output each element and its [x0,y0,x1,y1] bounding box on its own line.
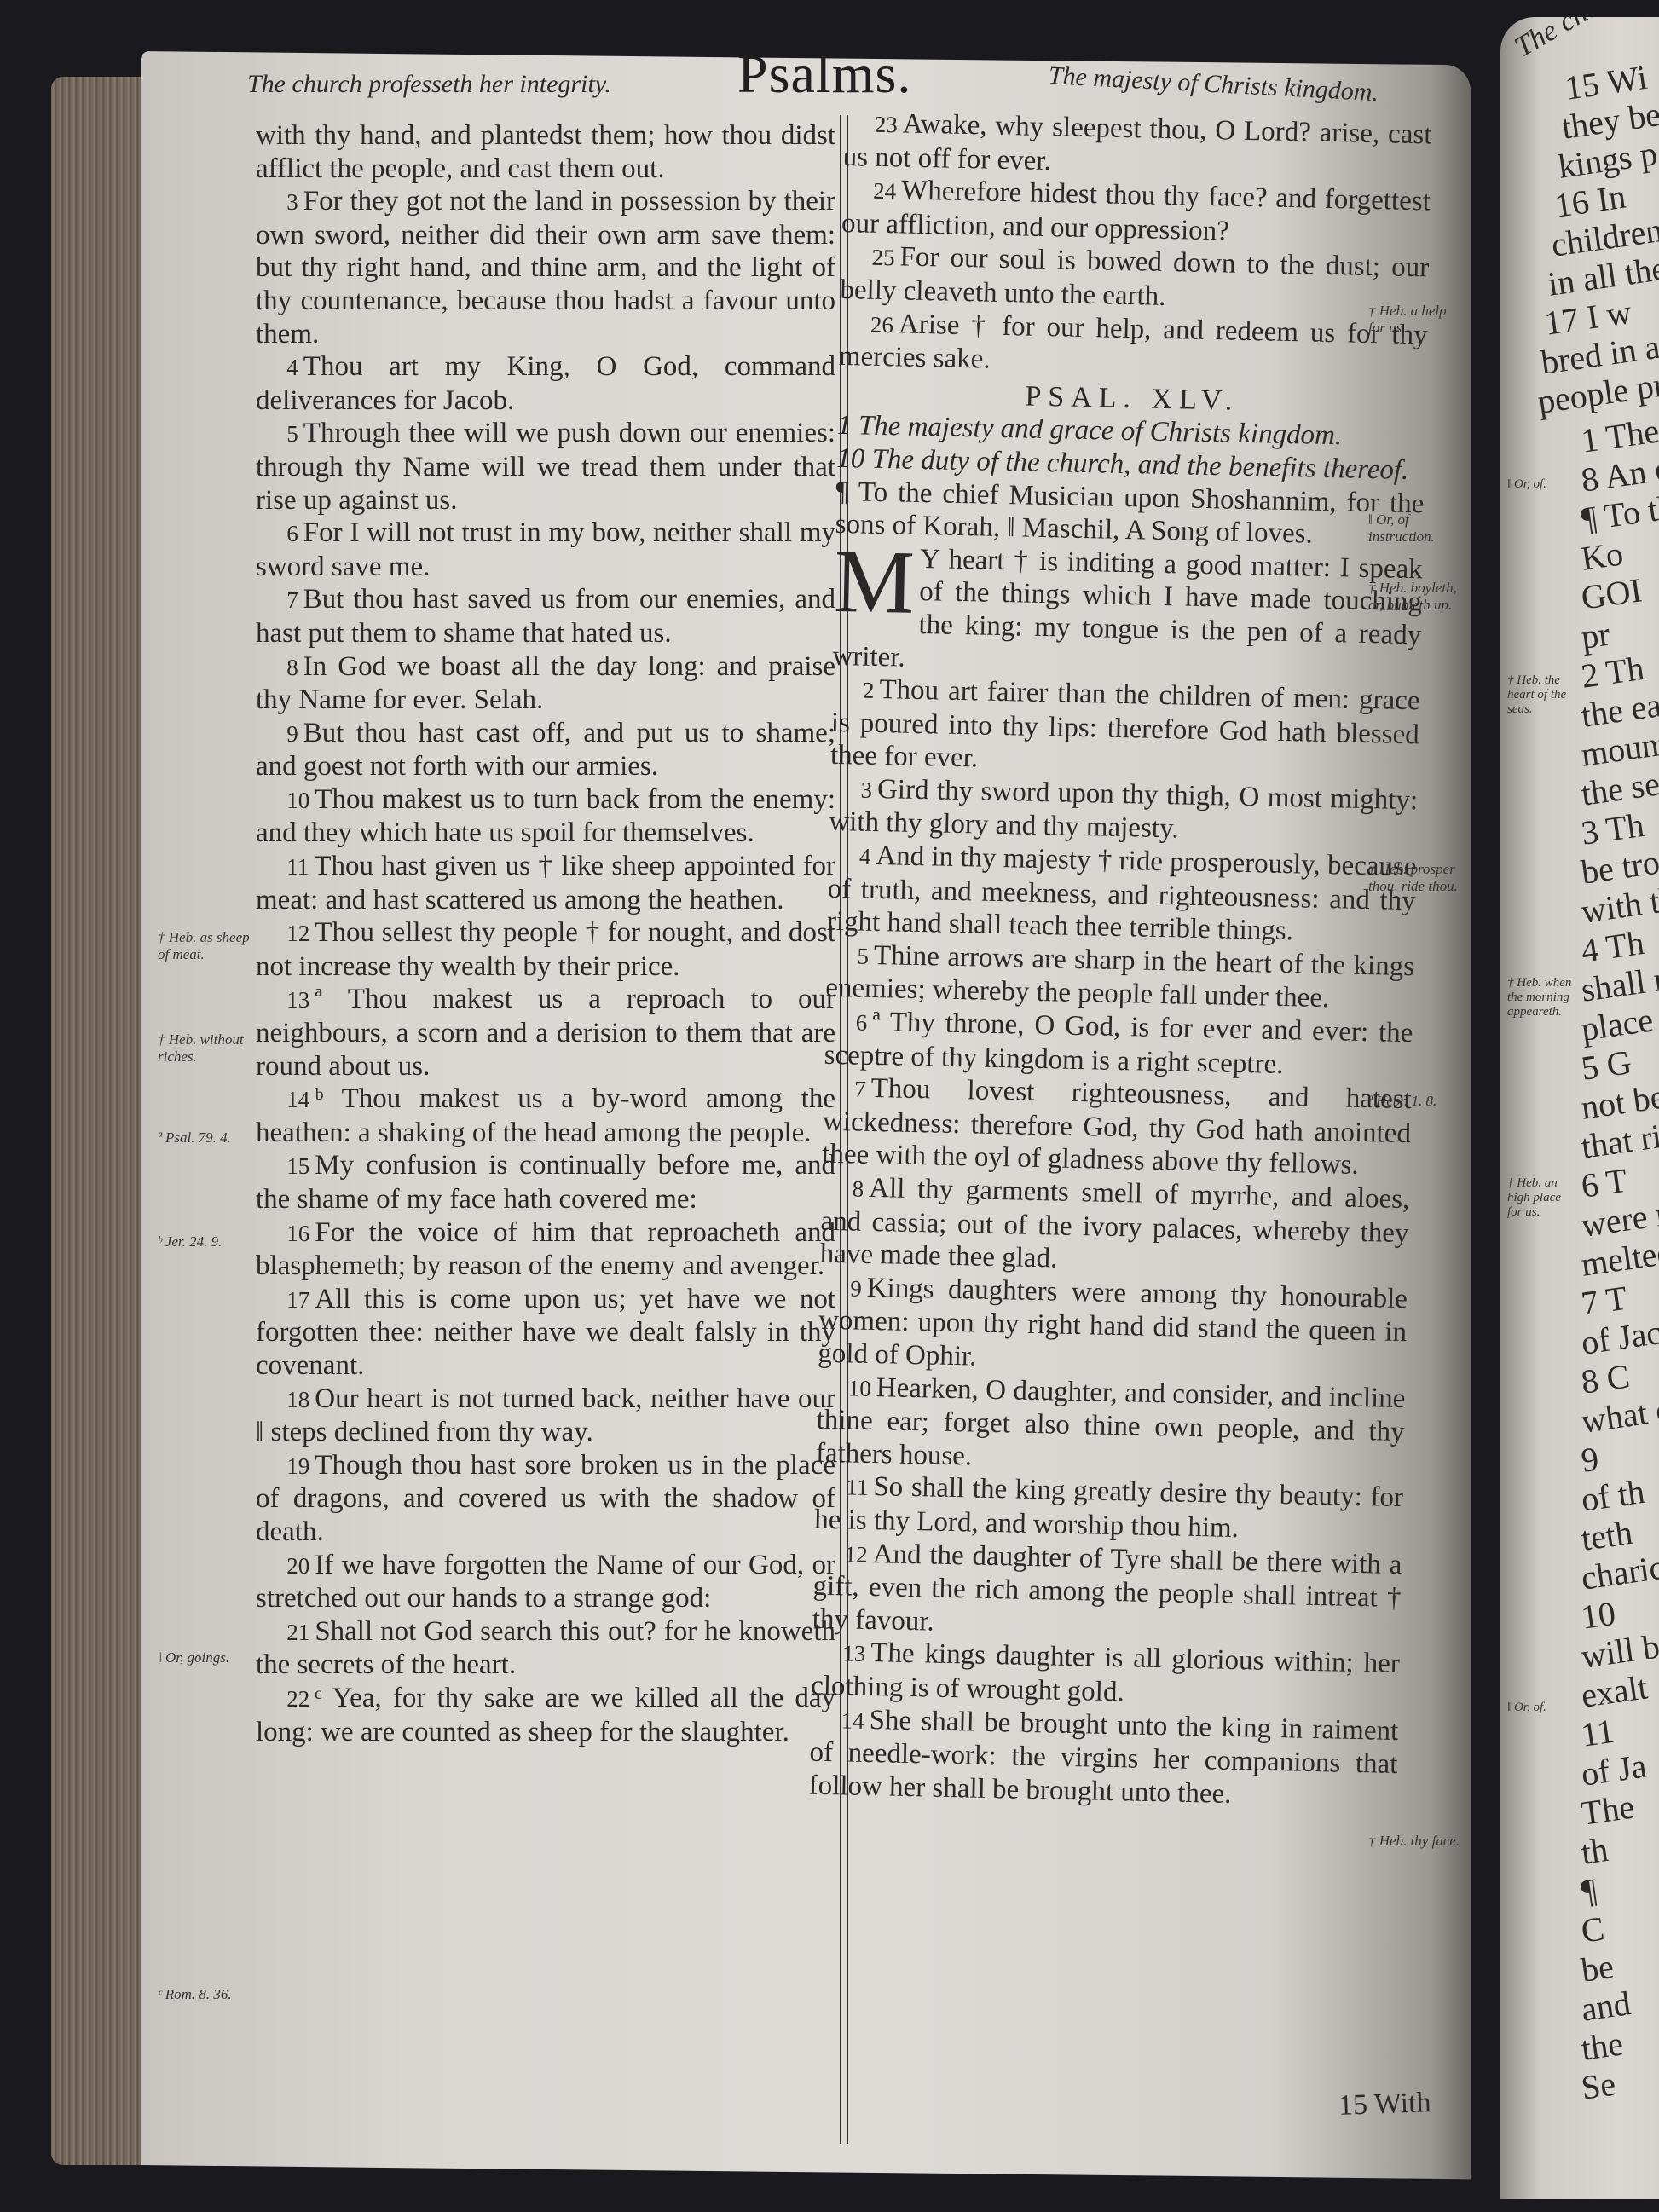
margin-note: ª Psal. 79. 4. [158,1129,251,1146]
verse-text: Thou lovest righteousness, and hatest wi… [822,1073,1412,1181]
margin-note: ª Hebr. 1. 8. [1368,1093,1462,1110]
facing-page-line: of Ja [1579,1746,1649,1794]
verse-text: And the daughter of Tyre shall be there … [812,1539,1402,1637]
verse: 18Our heart is not turned back, neither … [256,1383,835,1449]
verse-text: Thine arrows are sharp in the heart of t… [825,940,1414,1014]
psalm-45-verses: 2Thou art fairer than the children of me… [808,673,1420,1814]
facing-margin-note: ‖ Or, of. [1507,477,1575,492]
verse: 9Kings daughters were among thy honourab… [818,1270,1408,1382]
facing-page-line: Se [1579,2064,1618,2108]
verse-number: 4 [286,355,298,380]
verse: 9But thou hast cast off, and put us to s… [256,717,835,783]
facing-margin-note: † Heb. the heart of the seas. [1507,673,1575,717]
verse-number: 11 [846,1475,869,1501]
verse-text: Though thou hast sore broken us in the p… [256,1450,835,1547]
verse-text: Through thee will we push down our enemi… [256,418,835,515]
verse-number: 15 [286,1153,309,1179]
verse: 11So shall the king greatly desire thy b… [814,1470,1403,1549]
verse-text: ª Thy throne, O God, is for ever and eve… [824,1007,1413,1080]
margin-note: † Heb. boyleth, or, bubleth up. [1368,580,1462,614]
verse: 6For I will not trust in my bow, neither… [256,517,835,583]
verse-text: Thou art my King, O God, command deliver… [256,351,835,416]
left-verses: 3For they got not the land in possession… [256,185,835,1748]
verse-number: 8 [286,655,298,680]
verse: 21Shall not God search this out? for he … [256,1615,835,1682]
facing-page-line: pr [1579,614,1613,657]
verse-number: 12 [844,1541,868,1568]
verse-number: 22 [286,1686,309,1712]
verse: 5Through thee will we push down our enem… [256,417,835,517]
verse-number: 2 [863,678,875,703]
verse-number: 14 [286,1087,309,1112]
verse-number: 11 [286,854,309,880]
verse-text: ª Thou makest us a reproach to our neigh… [256,984,835,1081]
verse-number: 17 [286,1287,309,1313]
verse-text: Kings daughters were among thy honourabl… [818,1273,1408,1372]
verse: 20If we have forgotten the Name of our G… [256,1549,835,1615]
facing-page-line: be [1579,1946,1616,1990]
verse: 2Thou art fairer than the children of me… [830,673,1420,784]
verse-text: But thou hast saved us from our enemies,… [256,584,835,649]
verse-text: Thou hast given us † like sheep appointe… [256,851,835,915]
verse: 25For our soul is bowed down to the dust… [840,240,1429,319]
facing-page-line: and [1579,1983,1633,2030]
drop-cap: M [833,546,915,618]
margin-note: † Heb. thy face. [1368,1833,1462,1850]
right-column: 23Awake, why sleepest thou, O Lord? aris… [808,107,1432,1814]
verse-number: 21 [286,1620,309,1645]
verse-number: 12 [286,921,309,946]
verse-text: And in thy majesty † ride prosperously, … [827,840,1417,946]
margin-note: † Heb. without riches. [158,1031,251,1066]
verse: 8In God we boast all the day long: and p… [256,650,835,717]
verse-text: In God we boast all the day long: and pr… [256,651,835,716]
verse-text: For they got not the land in possession … [256,186,835,349]
verse-text: Arise † for our help, and redeem us for … [838,309,1427,375]
verse-number: 6 [855,1010,867,1036]
verse-number: 13 [286,987,309,1013]
margin-note: ᶜ Rom. 8. 36. [158,1986,251,2003]
verse-text: My confusion is continually before me, a… [256,1150,835,1215]
verse-number: 7 [286,587,298,613]
verse-text: All this is come upon us; yet have we no… [256,1284,835,1381]
verse-text: Gird thy sword upon thy thigh, O most mi… [829,774,1418,845]
verse-number: 4 [859,844,871,869]
verse: 3For they got not the land in possession… [256,185,835,350]
verse-number: 13 [842,1641,866,1667]
verse-number: 20 [286,1553,309,1579]
verse: 8All thy garments smell of myrrhe, and a… [819,1171,1409,1283]
verse-text: For the voice of him that reproacheth an… [256,1217,835,1282]
facing-page-line: GOI [1579,569,1645,617]
verse-number: 3 [286,189,298,215]
margin-note: ‖ Or, goings. [158,1649,251,1666]
verse-text: Hearken, O daughter, and consider, and i… [816,1372,1406,1472]
verse-text: But thou hast cast off, and put us to sh… [256,718,835,783]
verse-text: If we have forgotten the Name of our God… [256,1550,835,1614]
facing-page-line: of th [1579,1471,1647,1520]
verse: 4And in thy majesty † ride prosperously,… [827,839,1417,950]
facing-margin-note: † Heb. an high place for us. [1507,1176,1575,1220]
verse-1-text: Y heart † is inditing a good matter: I s… [832,544,1423,673]
verse-text: Thou makest us to turn back from the ene… [256,784,835,849]
verse-number: 26 [870,311,894,338]
verse-number: 10 [286,788,309,813]
verse-number: 14 [841,1707,864,1734]
verse: 26Arise † for our help, and redeem us fo… [838,307,1427,386]
verse-text: She shall be brought unto the king in ra… [808,1705,1398,1810]
verse: 7But thou hast saved us from our enemies… [256,583,835,650]
verse: 13ª Thou makest us a reproach to our nei… [256,983,835,1083]
verse-text: For our soul is bowed down to the dust; … [840,242,1429,312]
verse: 22ᶜ Yea, for thy sake are we killed all … [256,1682,835,1748]
verse: 6ª Thy throne, O God, is for ever and ev… [824,1005,1413,1084]
verse-text: Our heart is not turned back, neither ha… [256,1383,835,1448]
verse: 11Thou hast given us † like sheep appoin… [256,850,835,916]
verse: 16For the voice of him that reproacheth … [256,1216,835,1283]
verse-1: MY heart † is inditing a good matter: I … [832,541,1423,685]
margin-note: † Heb. a help for us. [1368,303,1462,337]
verse-text: For I will not trust in my bow, neither … [256,517,835,582]
verse-number: 9 [286,721,298,747]
verse-text: So shall the king greatly desire thy bea… [814,1471,1403,1544]
facing-page-line: th [1579,1829,1610,1873]
verse: 5Thine arrows are sharp in the heart of … [825,939,1414,1018]
running-title: Psalms. [737,43,911,106]
left-column: with thy hand, and plantedst them; how t… [256,119,835,1748]
verse-text: The kings daughter is all glorious withi… [811,1637,1400,1707]
facing-page-line: 10 [1579,1593,1618,1637]
verse-number: 5 [857,943,869,968]
margin-note: † Heb. as sheep of meat. [158,929,251,963]
verse: 10Hearken, O daughter, and consider, and… [816,1370,1406,1481]
facing-page-line: 9 [1579,1438,1601,1480]
verse-text: ᵇ Thou makest us a by-word among the hea… [256,1083,835,1148]
verse: 14She shall be brought unto the king in … [808,1702,1398,1814]
verse: 23Awake, why sleepest thou, O Lord? aris… [842,107,1431,186]
verse: 7Thou lovest righteousness, and hatest w… [822,1071,1412,1183]
verse-number: 6 [286,521,298,546]
facing-page-line: ¶ [1579,1870,1599,1912]
facing-page-line: The [1579,1787,1637,1834]
catchword: 15 With [1338,2087,1431,2122]
verse-text: Awake, why sleepest thou, O Lord? arise,… [842,108,1431,176]
margin-note: † Heb. prosper thou, ride thou. [1368,861,1462,895]
verse: 14ᵇ Thou makest us a by-word among the h… [256,1083,835,1149]
psalm-title: ¶ To the chief Musician upon Shoshannim,… [835,475,1424,553]
facing-page-line: the [1579,2023,1626,2068]
verse: 4Thou art my King, O God, command delive… [256,350,835,417]
psalm-44-end-verses: 23Awake, why sleepest thou, O Lord? aris… [838,107,1431,385]
running-head-left: The church professeth her integrity. [247,70,611,99]
verse: 24Wherefore hidest thou thy face? and fo… [841,173,1431,252]
facing-page: The churches 15 Withey be brkings pala16… [1500,17,1659,2199]
verse: 17All this is come upon us; yet have we … [256,1283,835,1383]
verse-continuation: with thy hand, and plantedst them; how t… [256,119,835,185]
margin-note: ᵇ Jer. 24. 9. [158,1233,251,1250]
verse-number: 25 [871,245,895,271]
verse: 13The kings daughter is all glorious wit… [811,1636,1400,1715]
verse-text: Shall not God search this out? for he kn… [256,1616,835,1681]
verse-number: 16 [286,1221,309,1246]
verse: 19Though thou hast sore broken us in the… [256,1449,835,1549]
verse-number: 23 [875,112,899,138]
verse-text: All thy garments smell of myrrhe, and al… [819,1173,1409,1274]
verse: 15My confusion is continually before me,… [256,1149,835,1216]
facing-page-line: exalt [1579,1666,1650,1715]
verse-number: 8 [852,1175,864,1201]
verse-number: 24 [873,178,897,205]
margin-note: ‖ Or, of instruction. [1368,511,1462,546]
verse: 3Gird thy sword upon thy thigh, O most m… [829,772,1418,852]
verse-text: Wherefore hidest thou thy face? and forg… [841,176,1431,247]
verse: 12Thou sellest thy people † for nought, … [256,916,835,983]
facing-margin-note: ‖ Or, of. [1507,1701,1575,1715]
verse: 10Thou makest us to turn back from the e… [256,783,835,850]
verse-text: Thou sellest thy people † for nought, an… [256,917,835,982]
verse-text: Thou art fairer than the children of men… [830,674,1420,774]
verse-number: 5 [286,421,298,447]
verse-number: 3 [860,777,872,802]
verse-number: 7 [854,1077,866,1102]
verse: 12And the daughter of Tyre shall be ther… [812,1536,1402,1648]
verse-text: ᶜ Yea, for thy sake are we killed all th… [256,1683,835,1747]
verse-number: 18 [286,1387,309,1412]
verse-number: 9 [850,1275,862,1301]
facing-page-line: C [1579,1909,1607,1951]
verse-number: 19 [286,1453,309,1479]
verse-number: 10 [848,1375,872,1401]
facing-margin-note: † Heb. when the morning appeareth. [1507,976,1575,1019]
facing-page-line: 11 [1579,1711,1617,1755]
